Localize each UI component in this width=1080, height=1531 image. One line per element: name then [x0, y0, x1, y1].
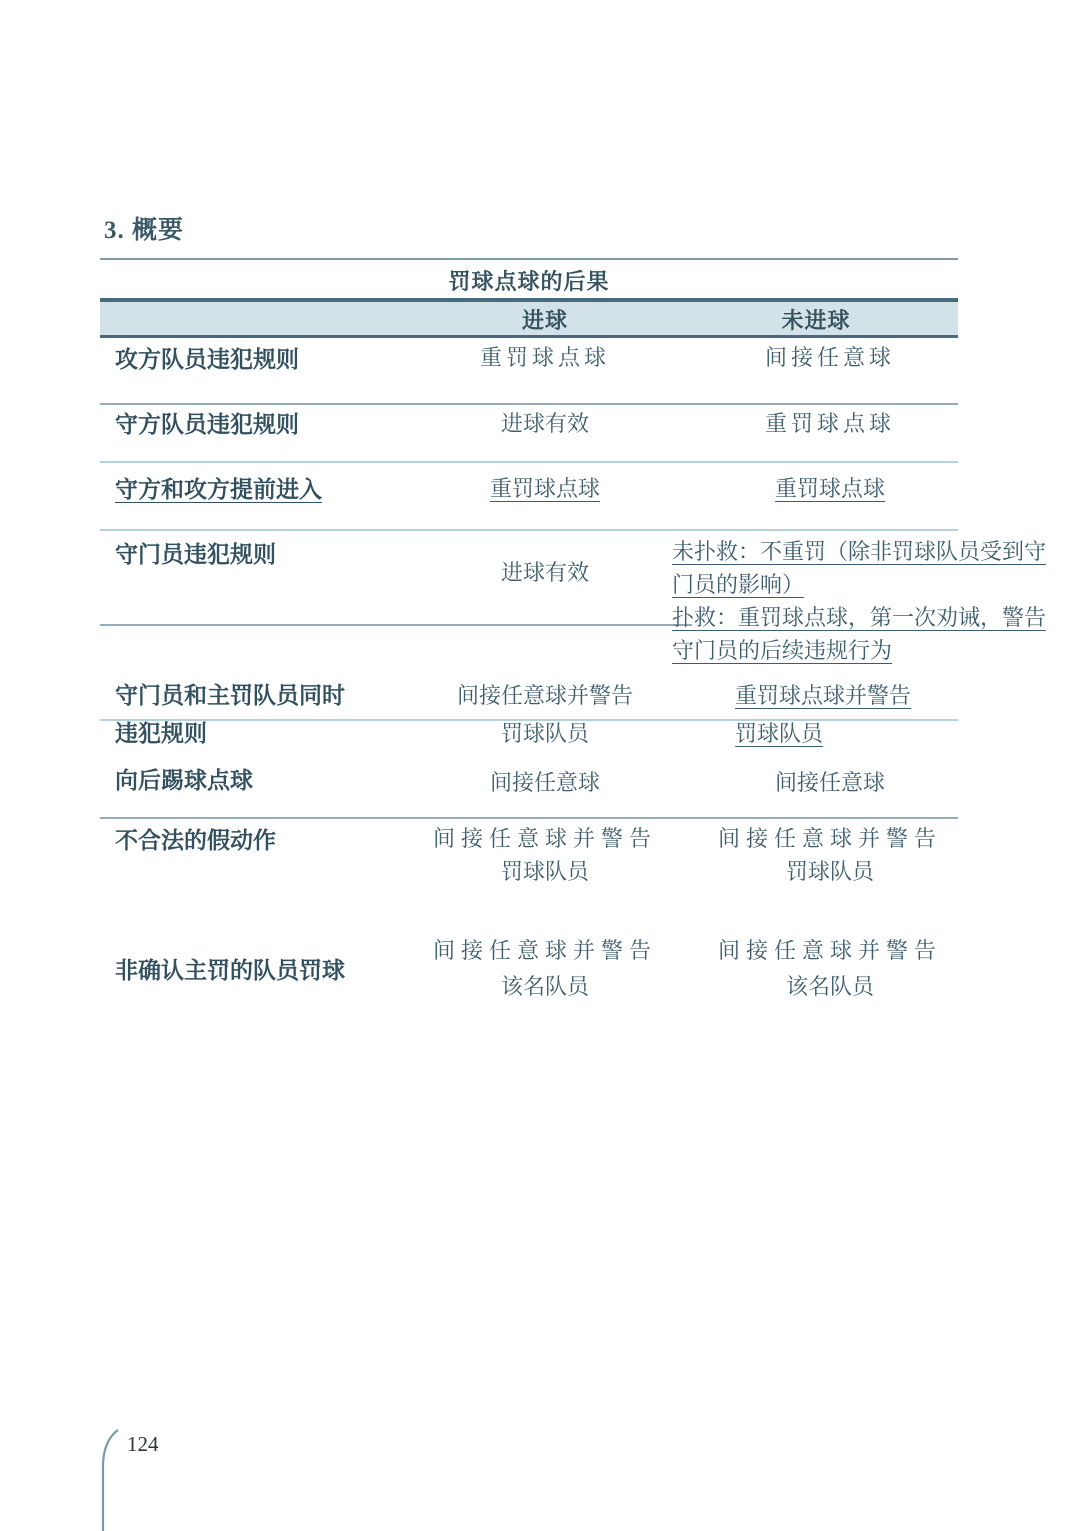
label-line: 守门员和主罚队员同时	[115, 684, 345, 722]
section-heading: 3. 概要	[104, 210, 184, 246]
cell-line: 间接任意球并警告	[705, 827, 955, 860]
row-label: 守方和攻方提前进入	[115, 478, 322, 502]
column-header-no-goal: 未进球	[781, 306, 850, 335]
row-label: 攻方队员违犯规则	[115, 348, 299, 372]
divider	[100, 258, 958, 260]
cell-goal: 间接任意球并警告 罚球队员	[420, 827, 670, 893]
row-label: 守门员和主罚队员同时 违犯规则	[115, 684, 345, 760]
cell-line: 间接任意球并警告	[420, 684, 670, 722]
cell-line: 罚球队员	[705, 860, 955, 893]
divider	[100, 403, 958, 405]
row-label: 非确认主罚的队员罚球	[115, 959, 345, 983]
cell-goal: 间接任意球	[420, 771, 670, 795]
margin-curve	[95, 1424, 125, 1531]
cell-line: 间接任意球并警告	[420, 827, 670, 860]
document-page: 3. 概要 罚球点球的后果 进球 未进球 攻方队员违犯规则 重罚球点球 间接任意…	[0, 0, 1080, 1531]
cell-no-goal: 重罚球点球	[705, 412, 955, 436]
cell-no-goal: 间接任意球	[705, 771, 955, 795]
cell-no-goal: 重罚球点球并警告 罚球队员	[735, 684, 985, 760]
row-label: 不合法的假动作	[115, 829, 276, 853]
cell-line: 重罚球点球并警告	[735, 684, 985, 722]
cell-line: 守门员的后续违规行为	[672, 639, 1044, 672]
cell-line: 间接任意球并警告	[420, 939, 670, 975]
divider	[100, 529, 958, 531]
row-label: 向后踢球点球	[115, 769, 253, 793]
cell-line: 扑救：重罚球点球，第一次劝诫，警告	[672, 606, 1044, 639]
cell-goal: 重罚球点球	[420, 346, 670, 370]
cell-no-goal: 重罚球点球	[775, 476, 885, 501]
row-label: 守方队员违犯规则	[115, 413, 299, 437]
cell-no-goal: 间接任意球并警告 该名队员	[705, 939, 955, 1011]
page-number: 124	[127, 1432, 159, 1457]
cell-goal: 重罚球点球	[490, 476, 600, 501]
cell-line: 门员的影响）	[672, 573, 1044, 606]
label-line: 违犯规则	[115, 722, 345, 760]
row-label: 守门员违犯规则	[115, 543, 276, 567]
cell-goal: 间接任意球并警告 该名队员	[420, 939, 670, 1011]
cell-line: 该名队员	[420, 975, 670, 1011]
cell-line: 罚球队员	[420, 722, 670, 760]
cell-no-goal: 间接任意球并警告 罚球队员	[705, 827, 955, 893]
cell-line: 间接任意球并警告	[705, 939, 955, 975]
table-header-band: 进球 未进球	[100, 298, 958, 338]
cell-goal: 间接任意球并警告 罚球队员	[420, 684, 670, 760]
table-title: 罚球点球的后果	[100, 265, 958, 296]
cell-no-goal: 未扑救：不重罚（除非罚球队员受到守 门员的影响） 扑救：重罚球点球，第一次劝诫，…	[672, 540, 1044, 672]
divider	[100, 624, 692, 626]
cell-no-goal: 间接任意球	[705, 346, 955, 370]
cell-goal: 进球有效	[420, 561, 670, 585]
divider	[100, 817, 958, 819]
cell-line: 未扑救：不重罚（除非罚球队员受到守	[672, 540, 1044, 573]
divider	[100, 461, 958, 463]
cell-line: 罚球队员	[735, 722, 985, 760]
cell-line: 该名队员	[705, 975, 955, 1011]
column-header-goal: 进球	[522, 306, 568, 335]
cell-line: 罚球队员	[420, 860, 670, 893]
cell-goal: 进球有效	[420, 412, 670, 436]
